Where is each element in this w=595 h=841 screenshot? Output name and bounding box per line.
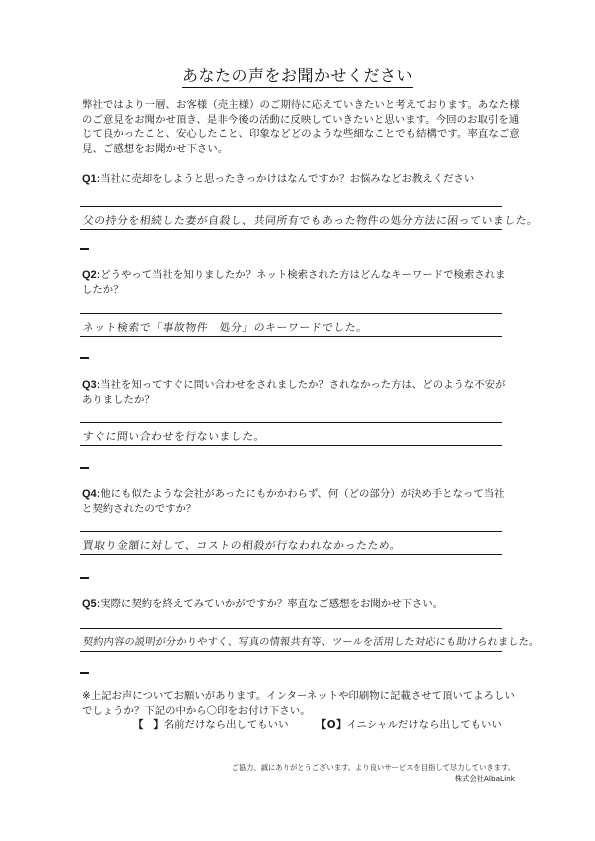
question-3: Q3:当社を知ってすぐに問い合わせをされましたか？されなかった方は、どのような不…: [82, 378, 512, 407]
page-title-text: あなたの声をお聞かせください: [182, 66, 413, 88]
question-2: Q2:どうやって当社を知りましたか？ネット検索された方はどんなキーワードで検索さ…: [82, 268, 512, 297]
answer-field-2[interactable]: ネット検索で「事故物件 処分」のキーワードでした。: [80, 313, 502, 337]
question-text: Q3:当社を知ってすぐに問い合わせをされましたか？されなかった方は、どのような不…: [82, 378, 512, 407]
dash-marker: [80, 357, 89, 359]
question-label: Q5: [82, 598, 97, 610]
intro-paragraph: 弊社ではより一層、お客様（売主様）のご期待に応えていきたいと考えております。あな…: [82, 98, 522, 156]
answer-field-4[interactable]: 買取り金額に対して、コストの相殺が行なわれなかったため。: [80, 531, 502, 555]
checkbox-name-only[interactable]: 【】: [133, 718, 164, 732]
consent-note: ※上記お声についてお願いがあります。インターネットや印刷物に記載させて頂いてよろ…: [82, 689, 522, 718]
handwritten-answer: 契約内容の説明が分かりやすく、写真の情報共有等、ツールを活用した対応にも助けられ…: [82, 636, 540, 650]
question-text: Q5:実際に契約を終えてみていかがですか？率直なご感想をお聞かせ下さい。: [82, 597, 512, 612]
dash-marker: [80, 672, 89, 674]
answer-field-3[interactable]: すぐに問い合わせを行ないました。: [80, 422, 502, 446]
footer-thanks: ご協力、誠にありがとうございます。より良いサービスを目指して尽力していきます。: [232, 762, 515, 773]
question-text: Q2:どうやって当社を知りましたか？ネット検索された方はどんなキーワードで検索さ…: [82, 268, 512, 297]
option-name-only[interactable]: 【】名前だけなら出してもいい: [133, 718, 288, 732]
footer: ご協力、誠にありがとうございます。より良いサービスを目指して尽力していきます。 …: [232, 762, 515, 784]
question-5: Q5:実際に契約を終えてみていかがですか？率直なご感想をお聞かせ下さい。: [82, 597, 512, 612]
question-text: Q1:当社に売却をしようと思ったきっかけはなんですか？お悩みなどお教えください: [82, 172, 512, 187]
question-body: 実際に契約を終えてみていかがですか？率直なご感想をお聞かせ下さい。: [100, 598, 443, 610]
company-name: 株式会社AlbaLink: [232, 773, 515, 784]
question-body: 当社を知ってすぐに問い合わせをされましたか？されなかった方は、どのような不安があ…: [82, 379, 505, 406]
handwritten-answer: 買取り金額に対して、コストの相殺が行なわれなかったため。: [82, 539, 402, 553]
question-body: 当社に売却をしようと思ったきっかけはなんですか？お悩みなどお教えください: [100, 173, 474, 185]
option-label: イニシャルだけなら出してもいい: [347, 719, 502, 731]
handwritten-answer: 父の持分を相続した妻が自殺し、共同所有でもあった物件の処分方法に困っていました。: [82, 214, 539, 228]
question-label: Q2: [82, 269, 97, 281]
checkbox-initials-only[interactable]: 【O】: [316, 718, 347, 732]
question-body: どうやって当社を知りましたか？ネット検索された方はどんなキーワードで検索されまし…: [82, 269, 505, 296]
handwritten-answer: ネット検索で「事故物件 処分」のキーワードでした。: [82, 321, 368, 335]
handwritten-answer: すぐに問い合わせを行ないました。: [82, 430, 266, 444]
circle-mark-icon: O: [326, 718, 336, 732]
dash-marker: [80, 577, 89, 579]
answer-field-5[interactable]: 契約内容の説明が分かりやすく、写真の情報共有等、ツールを活用した対応にも助けられ…: [80, 628, 502, 652]
option-label: 名前だけなら出してもいい: [164, 719, 289, 731]
dash-marker: [80, 248, 89, 250]
question-label: Q1: [82, 173, 97, 185]
page-title: あなたの声をお聞かせください: [0, 66, 595, 88]
answer-field-1[interactable]: 父の持分を相続した妻が自殺し、共同所有でもあった物件の処分方法に困っていました。: [80, 206, 502, 230]
question-label: Q3: [82, 379, 97, 391]
dash-marker: [80, 467, 89, 469]
consent-options: 【】名前だけなら出してもいい 【O】イニシャルだけなら出してもいい: [133, 718, 502, 732]
question-1: Q1:当社に売却をしようと思ったきっかけはなんですか？お悩みなどお教えください: [82, 172, 512, 187]
question-text: Q4:他にも似たような会社があったにもかかわらず、何（どの部分）が決め手となって…: [82, 487, 512, 516]
question-4: Q4:他にも似たような会社があったにもかかわらず、何（どの部分）が決め手となって…: [82, 487, 512, 516]
question-label: Q4: [82, 488, 97, 500]
question-body: 他にも似たような会社があったにもかかわらず、何（どの部分）が決め手となって当社と…: [82, 488, 505, 515]
option-initials-only[interactable]: 【O】イニシャルだけなら出してもいい: [316, 718, 502, 732]
